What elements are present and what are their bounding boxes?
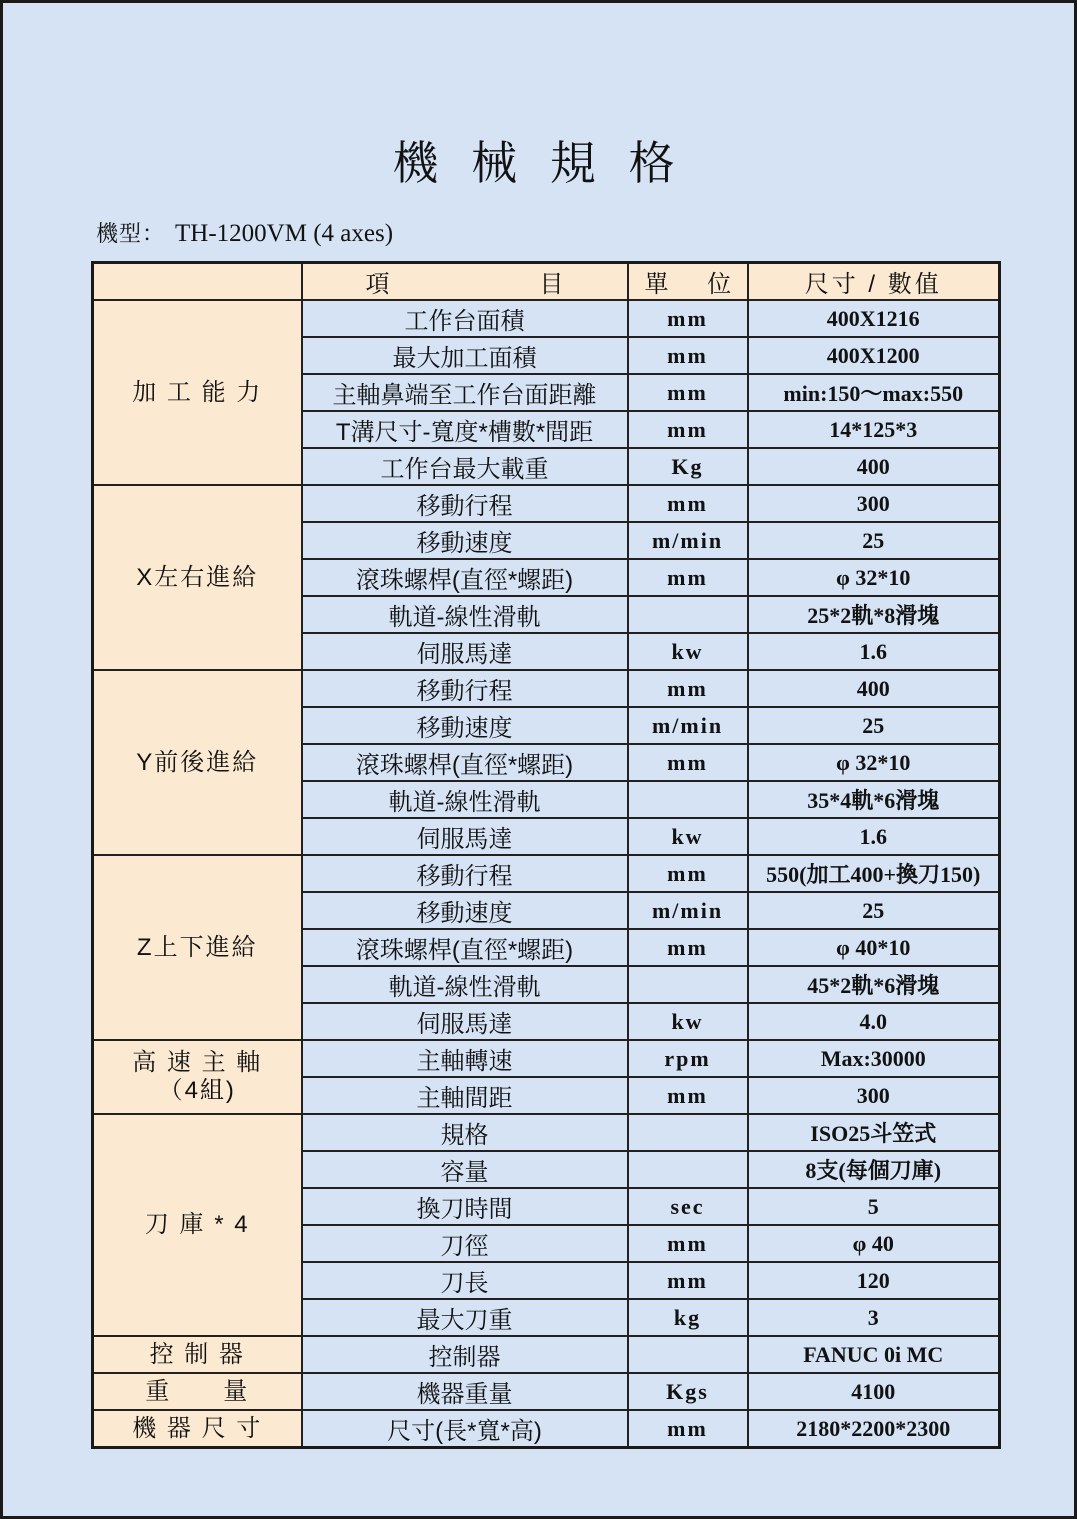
- spec-value: 400X1200: [748, 337, 1000, 374]
- spec-unit: mm: [628, 1077, 748, 1114]
- spec-value: φ 40*10: [748, 929, 1000, 966]
- spec-item: 最大刀重: [302, 1299, 628, 1336]
- table-row: Z上下進給移動行程mm550(加工400+換刀150): [93, 855, 1000, 892]
- spec-unit: mm: [628, 744, 748, 781]
- spec-item: 最大加工面積: [302, 337, 628, 374]
- spec-unit: [628, 781, 748, 818]
- table-row: 高 速 主 軸（4組)主軸轉速rpmMax:30000: [93, 1040, 1000, 1077]
- spec-item: 控制器: [302, 1336, 628, 1373]
- header-corner-cell: [93, 263, 302, 301]
- spec-item: 規格: [302, 1114, 628, 1151]
- spec-value: 14*125*3: [748, 411, 1000, 448]
- spec-item: 移動速度: [302, 522, 628, 559]
- spec-value: 25: [748, 707, 1000, 744]
- spec-item: 軌道-線性滑軌: [302, 966, 628, 1003]
- spec-value: 400: [748, 670, 1000, 707]
- spec-value: ISO25斗笠式: [748, 1114, 1000, 1151]
- spec-unit: sec: [628, 1188, 748, 1225]
- spec-value: 4.0: [748, 1003, 1000, 1040]
- spec-value: 25*2軌*8滑塊: [748, 596, 1000, 633]
- spec-item: 主軸轉速: [302, 1040, 628, 1077]
- spec-unit: mm: [628, 300, 748, 337]
- group-label: Z上下進給: [93, 855, 302, 1040]
- header-item: 項 目: [302, 263, 628, 301]
- spec-unit: kw: [628, 633, 748, 670]
- spec-item: 軌道-線性滑軌: [302, 596, 628, 633]
- spec-item: 主軸鼻端至工作台面距離: [302, 374, 628, 411]
- spec-unit: mm: [628, 559, 748, 596]
- page-title: 機 械 規 格: [3, 127, 1074, 193]
- spec-unit: mm: [628, 1262, 748, 1299]
- spec-unit: rpm: [628, 1040, 748, 1077]
- spec-unit: kw: [628, 818, 748, 855]
- spec-value: 550(加工400+換刀150): [748, 855, 1000, 892]
- spec-item: 移動行程: [302, 485, 628, 522]
- table-row: 刀 庫 * 4規格ISO25斗笠式: [93, 1114, 1000, 1151]
- table-row: 機 器 尺 寸尺寸(長*寬*高)mm2180*2200*2300: [93, 1410, 1000, 1448]
- spec-unit: [628, 1336, 748, 1373]
- table-row: 控 制 器控制器FANUC 0i MC: [93, 1336, 1000, 1373]
- spec-value: φ 32*10: [748, 559, 1000, 596]
- spec-value: 5: [748, 1188, 1000, 1225]
- spec-table-body: 加 工 能 力工作台面積mm400X1216最大加工面積mm400X1200主軸…: [93, 300, 1000, 1448]
- header-value: 尺寸 / 數值: [748, 263, 1000, 301]
- table-header-row: 項 目 單 位 尺寸 / 數值: [93, 263, 1000, 301]
- group-label: 重 量: [93, 1373, 302, 1410]
- header-item-right: 目: [540, 264, 564, 299]
- spec-item: 刀長: [302, 1262, 628, 1299]
- spec-unit: [628, 596, 748, 633]
- spec-table: 項 目 單 位 尺寸 / 數值 加 工 能 力工作台面積mm400X1216最大…: [91, 261, 1001, 1449]
- spec-value: 8支(每個刀庫): [748, 1151, 1000, 1188]
- spec-unit: kw: [628, 1003, 748, 1040]
- spec-item: 滾珠螺桿(直徑*螺距): [302, 559, 628, 596]
- group-label: 刀 庫 * 4: [93, 1114, 302, 1336]
- spec-value: 400: [748, 448, 1000, 485]
- spec-unit: m/min: [628, 707, 748, 744]
- spec-item: 換刀時間: [302, 1188, 628, 1225]
- spec-value: 1.6: [748, 633, 1000, 670]
- spec-item: 移動行程: [302, 670, 628, 707]
- spec-unit: mm: [628, 485, 748, 522]
- group-label: Y前後進給: [93, 670, 302, 855]
- table-row: X左右進給移動行程mm300: [93, 485, 1000, 522]
- spec-unit: m/min: [628, 522, 748, 559]
- group-label: 加 工 能 力: [93, 300, 302, 485]
- spec-unit: mm: [628, 855, 748, 892]
- group-label: X左右進給: [93, 485, 302, 670]
- spec-unit: m/min: [628, 892, 748, 929]
- spec-value: 300: [748, 1077, 1000, 1114]
- spec-item: 工作台面積: [302, 300, 628, 337]
- spec-value: 1.6: [748, 818, 1000, 855]
- spec-item: T溝尺寸-寬度*槽數*間距: [302, 411, 628, 448]
- spec-value: 300: [748, 485, 1000, 522]
- spec-item: 滾珠螺桿(直徑*螺距): [302, 929, 628, 966]
- model-value: TH-1200VM (4 axes): [175, 220, 393, 248]
- spec-item: 主軸間距: [302, 1077, 628, 1114]
- spec-unit: [628, 1151, 748, 1188]
- spec-value: 45*2軌*6滑塊: [748, 966, 1000, 1003]
- spec-sheet-page: 機 械 規 格 機型： TH-1200VM (4 axes) 項 目 單 位 尺…: [0, 0, 1077, 1519]
- spec-unit: [628, 966, 748, 1003]
- spec-item: 移動速度: [302, 707, 628, 744]
- spec-item: 工作台最大載重: [302, 448, 628, 485]
- spec-item: 伺服馬達: [302, 1003, 628, 1040]
- spec-unit: kg: [628, 1299, 748, 1336]
- model-line: 機型： TH-1200VM (4 axes): [96, 217, 393, 248]
- table-row: Y前後進給移動行程mm400: [93, 670, 1000, 707]
- spec-unit: mm: [628, 670, 748, 707]
- spec-item: 移動行程: [302, 855, 628, 892]
- spec-item: 刀徑: [302, 1225, 628, 1262]
- spec-unit: mm: [628, 337, 748, 374]
- header-item-left: 項: [366, 264, 390, 299]
- spec-unit: mm: [628, 374, 748, 411]
- group-label: 機 器 尺 寸: [93, 1410, 302, 1448]
- spec-item: 機器重量: [302, 1373, 628, 1410]
- spec-item: 移動速度: [302, 892, 628, 929]
- spec-value: FANUC 0i MC: [748, 1336, 1000, 1373]
- spec-value: min:150～max:550: [748, 374, 1000, 411]
- spec-value: φ 32*10: [748, 744, 1000, 781]
- spec-value: 2180*2200*2300: [748, 1410, 1000, 1448]
- spec-unit: Kg: [628, 448, 748, 485]
- spec-unit: [628, 1114, 748, 1151]
- spec-value: 3: [748, 1299, 1000, 1336]
- spec-item: 伺服馬達: [302, 633, 628, 670]
- group-label: 高 速 主 軸（4組): [93, 1040, 302, 1114]
- spec-item: 容量: [302, 1151, 628, 1188]
- spec-unit: mm: [628, 1410, 748, 1448]
- spec-value: 4100: [748, 1373, 1000, 1410]
- spec-item: 尺寸(長*寬*高): [302, 1410, 628, 1448]
- spec-value: 25: [748, 522, 1000, 559]
- spec-unit: mm: [628, 929, 748, 966]
- spec-item: 伺服馬達: [302, 818, 628, 855]
- spec-value: 400X1216: [748, 300, 1000, 337]
- header-unit: 單 位: [628, 263, 748, 301]
- group-label: 控 制 器: [93, 1336, 302, 1373]
- table-row: 加 工 能 力工作台面積mm400X1216: [93, 300, 1000, 337]
- spec-value: 35*4軌*6滑塊: [748, 781, 1000, 818]
- spec-unit: Kgs: [628, 1373, 748, 1410]
- spec-value: 25: [748, 892, 1000, 929]
- spec-item: 滾珠螺桿(直徑*螺距): [302, 744, 628, 781]
- table-row: 重 量機器重量Kgs4100: [93, 1373, 1000, 1410]
- spec-unit: mm: [628, 411, 748, 448]
- spec-item: 軌道-線性滑軌: [302, 781, 628, 818]
- model-label: 機型：: [96, 217, 165, 248]
- spec-value: 120: [748, 1262, 1000, 1299]
- spec-unit: mm: [628, 1225, 748, 1262]
- spec-value: φ 40: [748, 1225, 1000, 1262]
- spec-value: Max:30000: [748, 1040, 1000, 1077]
